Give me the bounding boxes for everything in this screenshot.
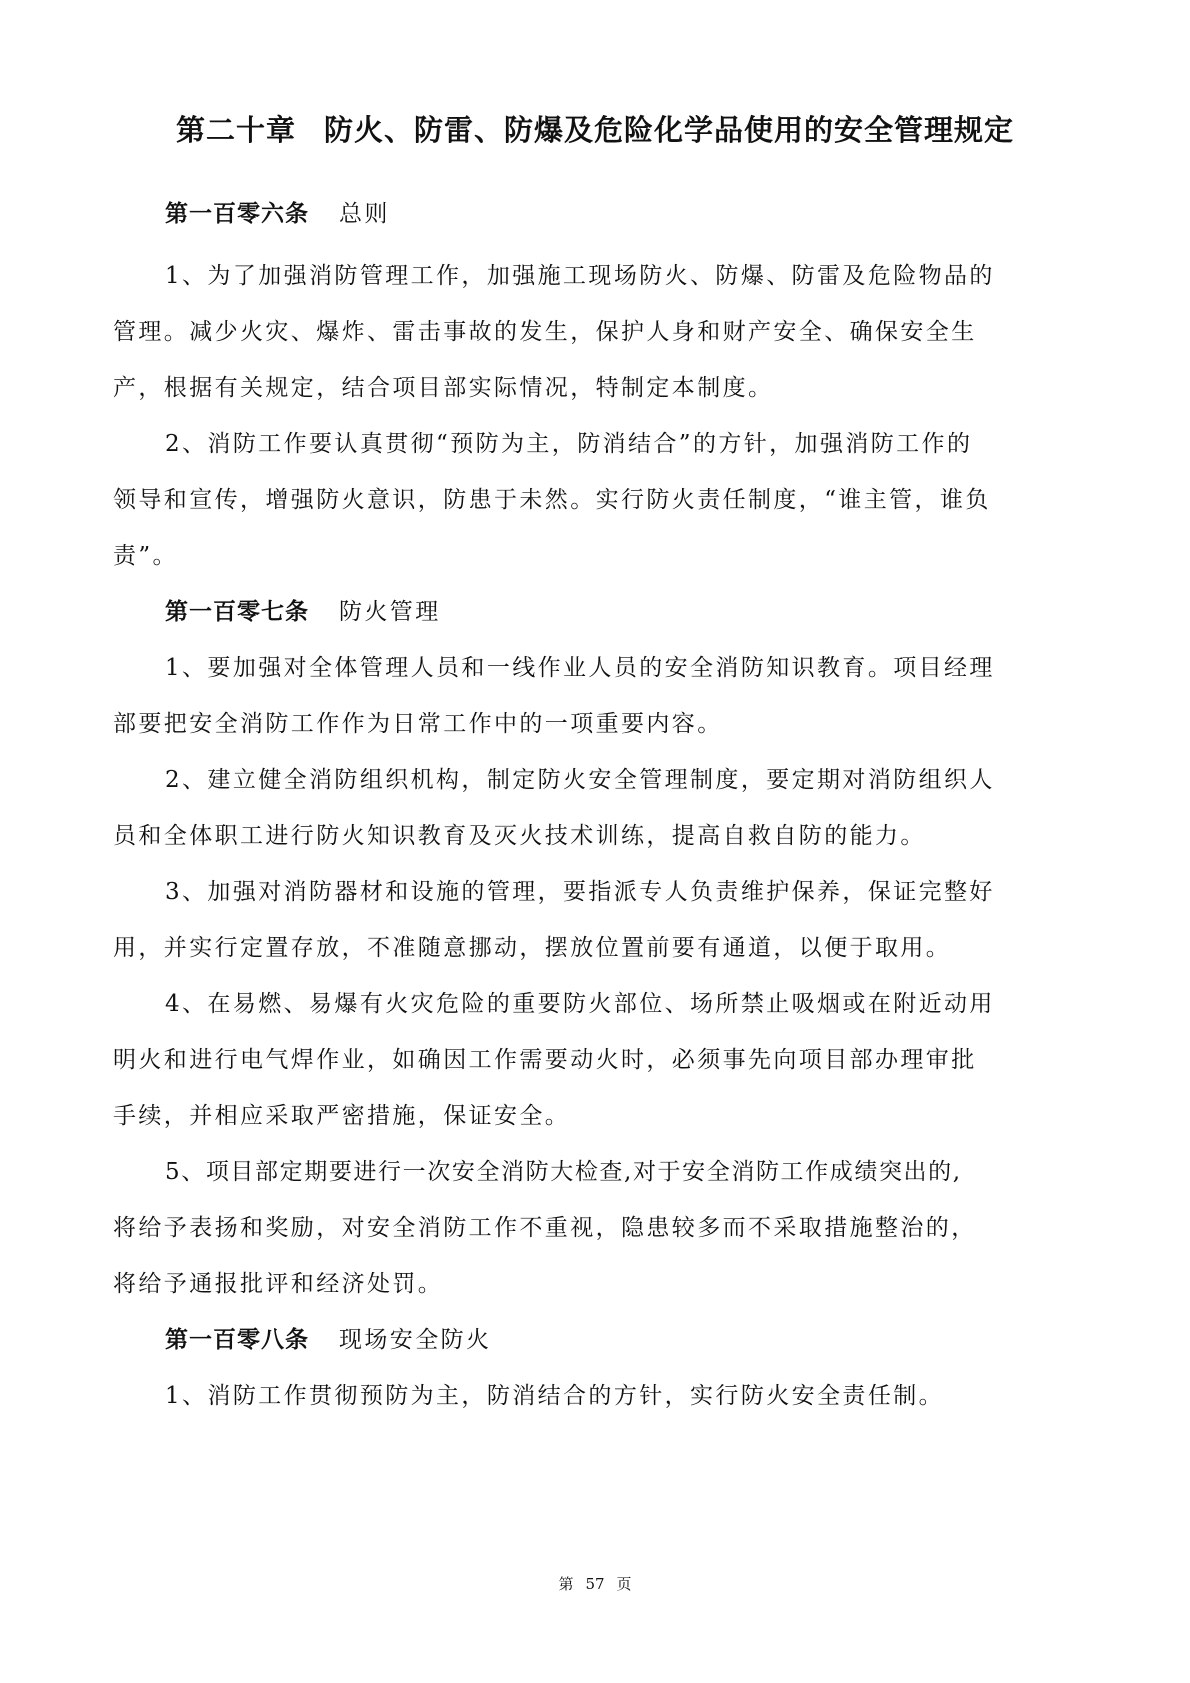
paragraph-line: 手续，并相应采取严密措施，保证安全。 <box>113 1100 1013 1132</box>
article-heading-107: 第一百零七条防火管理 <box>165 596 1065 628</box>
paragraph-line: 3、加强对消防器材和设施的管理，要指派专人负责维护保养，保证完整好 <box>165 876 1065 908</box>
paragraph-line: 2、消防工作要认真贯彻“预防为主，防消结合”的方针，加强消防工作的 <box>165 428 1065 460</box>
chapter-title: 第二十章防火、防雷、防爆及危险化学品使用的安全管理规定 <box>0 108 1190 149</box>
chapter-number: 第二十章 <box>176 113 296 147</box>
page-footer: 第57页 <box>0 1573 1190 1594</box>
paragraph-line: 5、项目部定期要进行一次安全消防大检查,对于安全消防工作成绩突出的, <box>165 1156 1065 1188</box>
article-title: 防火管理 <box>339 599 441 625</box>
paragraph-line: 1、要加强对全体管理人员和一线作业人员的安全消防知识教育。项目经理 <box>165 652 1065 684</box>
paragraph-line: 1、为了加强消防管理工作，加强施工现场防火、防爆、防雷及危险物品的 <box>165 260 1065 292</box>
paragraph-line: 管理。减少火灾、爆炸、雷击事故的发生，保护人身和财产安全、确保安全生 <box>113 316 1013 348</box>
paragraph-line: 4、在易燃、易爆有火灾危险的重要防火部位、场所禁止吸烟或在附近动用 <box>165 988 1065 1020</box>
paragraph-line: 明火和进行电气焊作业，如确因工作需要动火时，必须事先向项目部办理审批 <box>113 1044 1013 1076</box>
paragraph-line: 部要把安全消防工作作为日常工作中的一项重要内容。 <box>113 708 1013 740</box>
paragraph-line: 1、消防工作贯彻预防为主，防消结合的方针，实行防火安全责任制。 <box>165 1380 1065 1412</box>
paragraph-line: 领导和宣传，增强防火意识，防患于未然。实行防火责任制度，“谁主管，谁负 <box>113 484 1013 516</box>
chapter-title-text: 防火、防雷、防爆及危险化学品使用的安全管理规定 <box>324 113 1014 147</box>
footer-suffix: 页 <box>617 1575 632 1593</box>
article-number: 第一百零八条 <box>165 1326 309 1353</box>
paragraph-line: 将给予表扬和奖励，对安全消防工作不重视，隐患较多而不采取措施整治的， <box>113 1212 1013 1244</box>
article-number: 第一百零六条 <box>165 200 309 227</box>
article-title: 现场安全防火 <box>339 1327 491 1353</box>
paragraph-line: 产，根据有关规定，结合项目部实际情况，特制定本制度。 <box>113 372 1013 404</box>
paragraph-line: 用，并实行定置存放，不准随意挪动，摆放位置前要有通道，以便于取用。 <box>113 932 1013 964</box>
paragraph-line: 2、建立健全消防组织机构，制定防火安全管理制度，要定期对消防组织人 <box>165 764 1065 796</box>
footer-prefix: 第 <box>558 1575 573 1593</box>
article-title: 总则 <box>339 201 390 227</box>
article-heading-108: 第一百零八条现场安全防火 <box>165 1324 1065 1356</box>
paragraph-line: 将给予通报批评和经济处罚。 <box>113 1268 1013 1300</box>
paragraph-line: 责”。 <box>113 540 1013 572</box>
page-number: 57 <box>585 1575 604 1593</box>
article-heading-106: 第一百零六条总则 <box>165 198 1065 230</box>
article-number: 第一百零七条 <box>165 598 309 625</box>
paragraph-line: 员和全体职工进行防火知识教育及灭火技术训练，提高自救自防的能力。 <box>113 820 1013 852</box>
